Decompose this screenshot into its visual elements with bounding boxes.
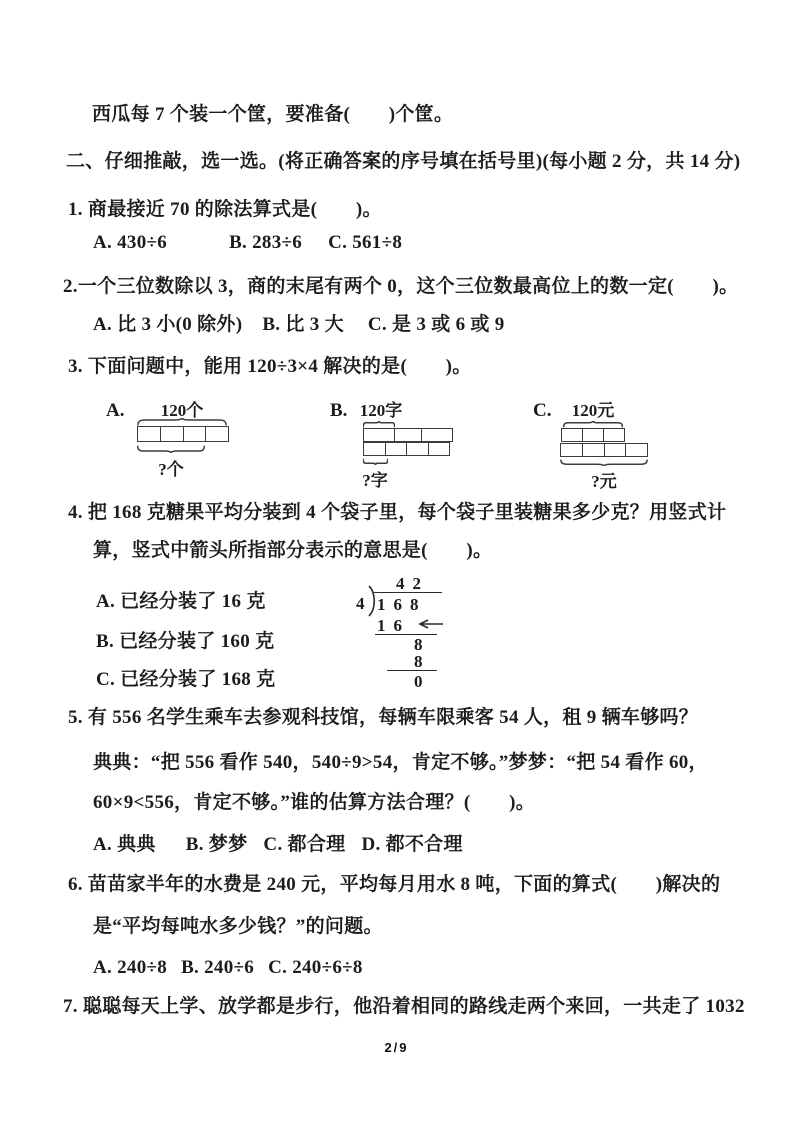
option: A. 典典 [93, 832, 156, 858]
bar-segment [407, 443, 429, 455]
arrow-left-icon [416, 618, 444, 630]
division-dividend: 168 [377, 596, 427, 613]
over-brace [137, 418, 227, 426]
bar-segment [395, 429, 421, 441]
bar-segment [605, 444, 627, 456]
long-division-figure: 42 4 168 16 8 8 0 [350, 574, 475, 692]
division-vinculum [374, 592, 442, 593]
question-1-options: A. 430÷6B. 283÷6C. 561÷8 [93, 230, 402, 256]
diagram-label: B. [330, 400, 347, 422]
question-7-text-line1: 7. 聪聪每天上学、放学都是步行，他沿着相同的路线走两个来回，一共走了 1032 [63, 994, 745, 1020]
bar-segment [386, 443, 408, 455]
division-rule [387, 670, 437, 671]
bar-segment [561, 444, 583, 456]
question-4-text-line2: 算，竖式中箭头所指部分表示的意思是( )。 [93, 538, 492, 564]
question-2-text: 2.一个三位数除以 3，商的末尾有两个 0，这个三位数最高位上的数一定( )。 [63, 274, 738, 300]
tape-diagram-c: C. 120元 ?元 [528, 395, 703, 495]
division-rule [375, 634, 437, 635]
question-4-text-line1: 4. 把 168 克糖果平均分装到 4 个袋子里，每个袋子里装糖果多少克？用竖式… [68, 500, 726, 526]
over-brace [363, 421, 395, 428]
tape-bar [137, 426, 229, 442]
tape-bar [363, 442, 450, 456]
option: A. 240÷8 [93, 955, 167, 981]
tape-diagram-b: B. 120字 ?字 [328, 395, 503, 495]
under-brace [363, 458, 388, 465]
division-step2: 8 [414, 636, 423, 653]
division-step3: 8 [414, 653, 423, 670]
option: A. 已经分装了 16 克 [96, 589, 266, 615]
worksheet-page: 西瓜每 7 个装一个筐，要准备( )个筐。 二、仔细推敲，选一选。(将正确答案的… [0, 0, 793, 1122]
question-1-text: 1. 商最接近 70 的除法算式是( )。 [68, 197, 382, 223]
bar-segment [583, 429, 604, 441]
bar-segment [364, 443, 386, 455]
under-brace [560, 459, 648, 466]
bar-segment [184, 427, 207, 441]
option: C. 已经分装了 168 克 [96, 667, 275, 693]
option: B. 已经分装了 160 克 [96, 629, 274, 655]
option: C. 都合理 [263, 832, 345, 858]
question-6-text-line1: 6. 苗苗家半年的水费是 240 元，平均每月用水 8 吨，下面的算式( )解决… [68, 872, 720, 898]
option: B. 283÷6 [229, 230, 302, 256]
bar-segment [562, 429, 583, 441]
tape-diagram-a: A. 120个 ?个 [105, 395, 280, 495]
tape-bar [560, 443, 648, 457]
fill-blank-question-text: 西瓜每 7 个装一个筐，要准备( )个筐。 [92, 102, 453, 128]
option: A. 430÷6 [93, 230, 167, 256]
division-step1: 16 [377, 617, 410, 634]
diagram-total-label: 120元 [572, 396, 615, 421]
under-brace [137, 445, 205, 453]
bar-segment [604, 429, 624, 441]
diagram-part-label: ?字 [362, 466, 388, 491]
bar-segment [138, 427, 161, 441]
question-2-options: A. 比 3 小(0 除外)B. 比 3 大C. 是 3 或 6 或 9 [93, 312, 505, 338]
bar-segment [364, 429, 395, 441]
question-6-options: A. 240÷8B. 240÷6C. 240÷6÷8 [93, 955, 377, 981]
division-quotient: 42 [396, 575, 429, 592]
option: B. 比 3 大 [262, 312, 344, 338]
section-two-title: 二、仔细推敲，选一选。(将正确答案的序号填在括号里)(每小题 2 分，共 14 … [66, 149, 740, 175]
question-5-options: A. 典典B. 梦梦C. 都合理D. 都不合理 [93, 832, 463, 858]
option: C. 是 3 或 6 或 9 [368, 312, 505, 338]
option: A. 比 3 小(0 除外) [93, 312, 242, 338]
bar-segment [206, 427, 228, 441]
option: C. 240÷6÷8 [268, 955, 363, 981]
question-6-text-line2: 是“平均每吨水多少钱？”的问题。 [93, 914, 383, 940]
option: D. 都不合理 [361, 832, 462, 858]
option: B. 240÷6 [181, 955, 254, 981]
bar-segment [583, 444, 605, 456]
bar-segment [161, 427, 184, 441]
question-5-text-line3: 60×9<556，肯定不够。”谁的估算方法合理？( )。 [93, 790, 535, 816]
division-remainder: 0 [414, 673, 423, 690]
tape-bar [363, 428, 453, 442]
question-5-text-line1: 5. 有 556 名学生乘车去参观科技馆，每辆车限乘客 54 人，租 9 辆车够… [68, 705, 698, 731]
option: B. 梦梦 [186, 832, 248, 858]
question-5-text-line2: 典典：“把 556 看作 540，540÷9>54，肯定不够。”梦梦：“把 54… [93, 750, 708, 776]
page-number: 2/9 [0, 1040, 793, 1055]
tape-bar [561, 428, 625, 442]
over-brace [563, 421, 623, 428]
diagram-label: A. [106, 400, 124, 422]
diagram-part-label: ?个 [158, 455, 184, 480]
question-3-text: 3. 下面问题中，能用 120÷3×4 解决的是( )。 [68, 354, 472, 380]
diagram-total-label: 120字 [360, 396, 403, 421]
bar-segment [626, 444, 647, 456]
division-divisor: 4 [356, 595, 365, 612]
diagram-part-label: ?元 [591, 467, 617, 492]
diagram-label: C. [533, 400, 551, 422]
bar-segment [422, 429, 452, 441]
bar-segment [429, 443, 450, 455]
option: C. 561÷8 [328, 230, 402, 256]
